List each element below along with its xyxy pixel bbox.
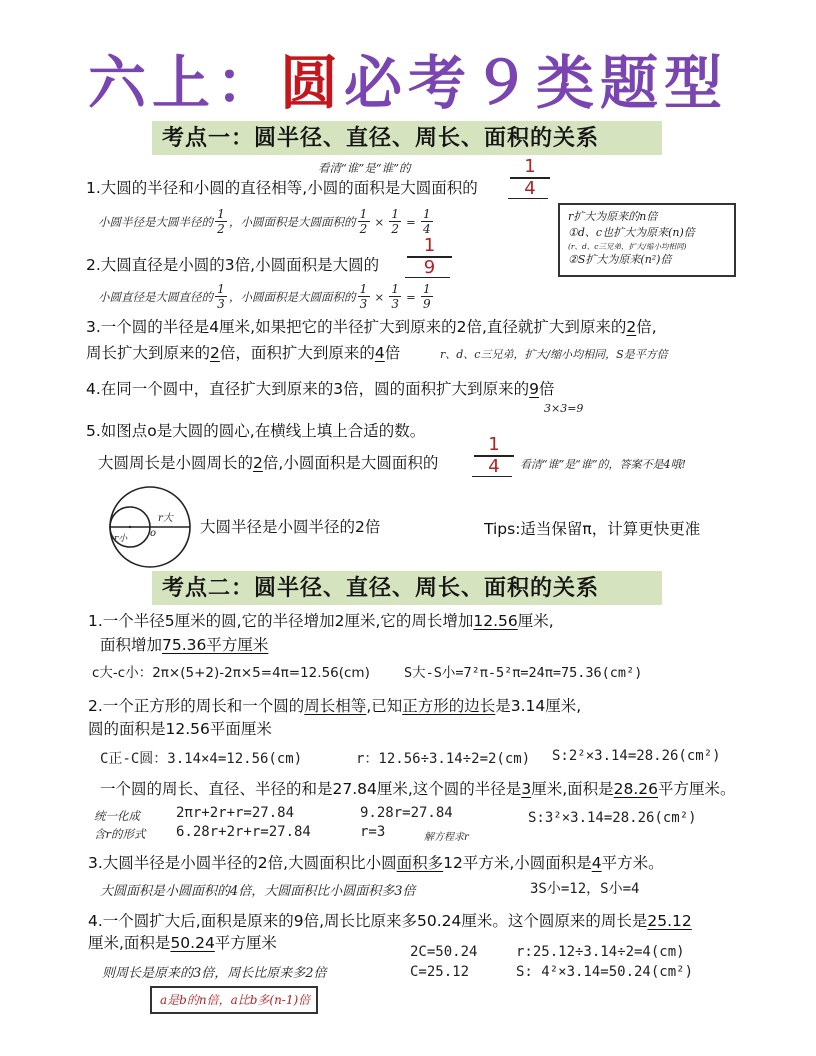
- s1-q3-note: r、d、c三兄弟，扩大/缩小均相同，S是平方倍: [440, 346, 668, 362]
- s2-q3-text: 3.大圆半径是小圆半径的2倍,大圆面积比小圆面积多12平方米,小圆面积是4平方米…: [88, 852, 664, 874]
- q1-annotation: 看清“谁”是“谁”的: [318, 160, 411, 176]
- title-suffix: 必考９类题型: [344, 49, 728, 117]
- s2-q2-work1: C正-C圆：3.14×4=12.56(cm): [100, 748, 302, 768]
- s2-q4-work-note: 则周长是原来的3倍，周长比原来多2倍: [102, 962, 327, 981]
- answer-fraction: 1 4: [510, 158, 550, 198]
- s2-q2b-eq2: 6.28r+2r+r=27.84: [176, 824, 311, 840]
- s2-q1-work-s: S大-S小=7²π-5²π=24π=75.36(cm²): [404, 661, 642, 681]
- s2-q3-work2: 3S小=12，S小=4: [530, 878, 639, 898]
- s1-q1-work: 小圆半径是大圆半径的 12 ，小圆面积是大圆面积的 12 × 12 = 14: [98, 208, 435, 235]
- s2-q1-work-c: c大-c小：2π×(5+2)-2π×5=4π=12.56(cm): [92, 661, 370, 681]
- s2-q2b-note1: 统一化成: [94, 808, 140, 824]
- circles-diagram: [106, 486, 194, 568]
- s2-q2b-eq1: 2πr+2r+r=27.84: [176, 805, 294, 821]
- tips-text: Tips:适当保留π，计算更快更准: [484, 518, 700, 540]
- s2-q2-line1: 2.一个正方形的周长和一个圆的周长相等,已知正方形的边长是3.14厘米,: [88, 695, 581, 717]
- s1-q1-answer: 1 4: [508, 158, 548, 199]
- s2-q4-eq2: C=25.12: [410, 964, 469, 980]
- s1-q1-text: 1.大圆的半径和小圆的直径相等,小圆的面积是大圆面积的: [86, 177, 478, 199]
- s2-q2b-eq3: 9.28r=27.84: [360, 805, 453, 821]
- diagram-caption: 大圆半径是小圆半径的2倍: [200, 516, 380, 538]
- s2-q4-line2: 厘米,面积是50.24平方厘米: [88, 932, 277, 954]
- note-line: (r、d、c三兄弟，扩大/缩小均相同): [568, 241, 726, 252]
- s1-q2-work: 小圆直径是大圆直径的 13 ，小圆面积是大圆面积的 13 × 13 = 19: [98, 283, 435, 310]
- s2-q4-eq4: S: 4²×3.14=50.24(cm²): [516, 964, 693, 980]
- s2-q2b-eq4: r=3: [360, 824, 385, 840]
- label-r-small: r小: [114, 531, 127, 544]
- s2-q4-rule-box: a是b的n倍，a比b多(n-1)倍: [150, 986, 318, 1014]
- s1-q2-text: 2.大圆直径是小圆的3倍,小圆面积是大圆的: [86, 254, 379, 276]
- section-header-1: 考点一：圆半径、直径、周长、面积的关系: [152, 121, 662, 155]
- s2-q4-eq1: 2C=50.24: [410, 944, 477, 960]
- note-box-scaling: r扩大为原来的n倍 ①d、c也扩大为原来(n)倍 (r、d、c三兄弟，扩大/缩小…: [558, 203, 736, 277]
- s1-q4-work: 3×3=9: [544, 402, 583, 415]
- note-line: r扩大为原来的n倍: [568, 209, 726, 225]
- s1-q5-answer: 1 4: [472, 436, 512, 477]
- title-highlight: 圆: [280, 49, 344, 117]
- s2-q2b-eq5: S:3²×3.14=28.26(cm²): [528, 810, 697, 826]
- s2-q1-line1: 1.一个半径5厘米的圆,它的半径增加2厘米,它的周长增加12.56厘米,: [88, 610, 554, 632]
- question-text: 1.大圆的半径和小圆的直径相等,小圆的面积是大圆面积的: [86, 179, 478, 197]
- s2-q2b-text: 一个圆的周长、直径、半径的和是27.84厘米,这个圆的半径是3厘米,面积是28.…: [100, 778, 736, 800]
- section-header-2: 考点二：圆半径、直径、周长、面积的关系: [152, 571, 662, 605]
- s2-q1-line2: 面积增加75.36平方厘米: [100, 634, 268, 656]
- note-line: ①d、c也扩大为原来(n)倍: [568, 225, 726, 241]
- s1-q3-line1: 3.一个圆的半径是4厘米,如果把它的半径扩大到原来的2倍,直径就扩大到原来的2倍…: [86, 316, 657, 338]
- note-line: ②S扩大为原来(n²)倍: [568, 252, 726, 268]
- s2-q4-eq3: r:25.12÷3.14÷2=4(cm): [516, 944, 685, 960]
- s1-q2-answer: 1 9: [405, 237, 450, 278]
- s1-q3-line2: 周长扩大到原来的2倍，面积扩大到原来的4倍: [86, 342, 400, 364]
- answer-fraction: 1 9: [407, 237, 452, 277]
- s1-q5-note: 看清“谁”是“谁”的，答案不是4哦!: [520, 456, 686, 472]
- label-center-o: o: [150, 528, 156, 539]
- rule-text: a是b的n倍，a比b多(n-1)倍: [160, 991, 308, 1009]
- s2-q2b-note2: 含r的形式: [94, 826, 146, 842]
- s1-q5-line2: 大圆周长是小圆周长的2倍,小圆面积是大圆面积的: [98, 452, 438, 474]
- label-r-big: r大: [158, 509, 173, 524]
- s2-q3-work1: 大圆面积是小圆面积的4倍，大圆面积比小圆面积多3倍: [100, 880, 416, 899]
- s1-q4-text: 4.在同一个圆中，直径扩大到原来的3倍，圆的面积扩大到原来的9倍: [86, 378, 555, 400]
- s1-q5-text: 5.如图点o是大圆的圆心,在横线上填上合适的数。: [86, 420, 425, 442]
- s2-q2b-eq4-note: 解方程求r: [424, 828, 469, 843]
- title-prefix: 六上：: [88, 49, 280, 117]
- s2-q2-line2: 圆的面积是12.56平面厘米: [88, 718, 272, 740]
- s2-q2-work2: r：12.56÷3.14÷2=2(cm): [356, 748, 530, 768]
- s2-q2-work3: S:2²×3.14=28.26(cm²): [552, 748, 721, 764]
- page-title: 六上：圆必考９类题型: [0, 48, 816, 118]
- s2-q4-line1: 4.一个圆扩大后,面积是原来的9倍,周长比原来多50.24厘米。这个圆原来的周长…: [88, 910, 692, 932]
